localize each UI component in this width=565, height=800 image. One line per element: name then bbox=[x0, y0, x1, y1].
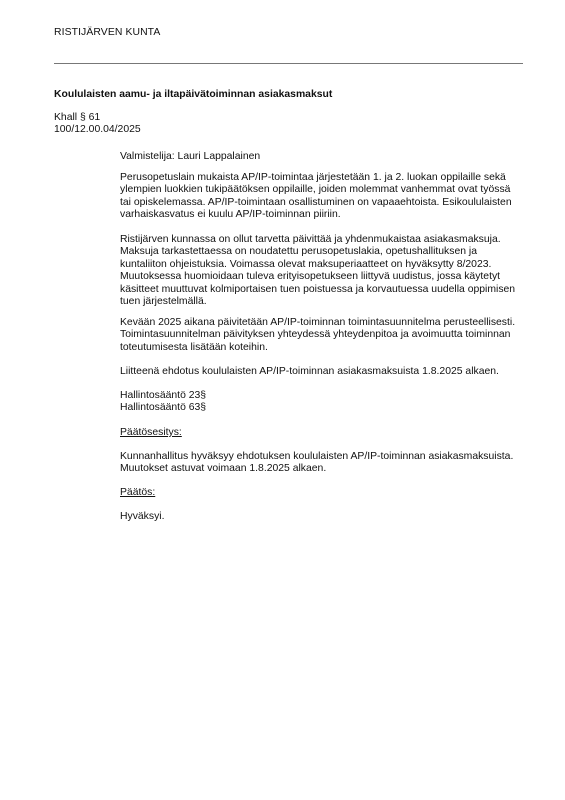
paragraph-2: Ristijärven kunnassa on ollut tarvetta p… bbox=[120, 234, 540, 308]
paragraph-line: varhaiskasvatus ei kuulu AP/IP-toiminnan… bbox=[120, 209, 540, 221]
paragraph-line: Toimintasuunnitelman päivityksen yhteyde… bbox=[120, 329, 540, 341]
regulation-reference: Hallintosääntö 23§ bbox=[120, 390, 540, 402]
proposal-line: Kunnanhallitus hyväksyy ehdotuksen koulu… bbox=[120, 451, 540, 463]
decision: Hyväksyi. bbox=[120, 511, 540, 523]
paragraph-line: tuen järjestelmällä. bbox=[120, 296, 540, 308]
header-separator bbox=[54, 63, 523, 64]
document-meta: Khall § 61 100/12.00.04/2025 bbox=[54, 112, 141, 137]
proposal-section-heading: Päätösesitys: bbox=[120, 427, 540, 439]
paragraph-line: Kevään 2025 aikana päivitetään AP/IP-toi… bbox=[120, 317, 540, 329]
preparer: Valmistelija: Lauri Lappalainen bbox=[120, 151, 540, 163]
regulation-references: Hallintosääntö 23§ Hallintosääntö 63§ bbox=[120, 390, 540, 415]
paragraph-line: Muutoksessa huomioidaan tuleva erityisop… bbox=[120, 271, 540, 283]
decision-heading: Päätös: bbox=[120, 487, 540, 499]
record-number: 100/12.00.04/2025 bbox=[54, 124, 141, 136]
paragraph-line: käsitteet muuttuvat kolmiportaisen tuen … bbox=[120, 284, 540, 296]
decision-text: Hyväksyi. bbox=[120, 511, 540, 523]
proposal-text: Kunnanhallitus hyväksyy ehdotuksen koulu… bbox=[120, 451, 540, 476]
paragraph-line: Liitteenä ehdotus koululaisten AP/IP-toi… bbox=[120, 366, 540, 378]
attachment-note: Liitteenä ehdotus koululaisten AP/IP-toi… bbox=[120, 366, 540, 378]
paragraph-line: toteutumisesta lisätään koteihin. bbox=[120, 342, 540, 354]
paragraph-line: tai opiskelemassa. AP/IP-toimintaan osal… bbox=[120, 197, 540, 209]
preparer-line: Valmistelija: Lauri Lappalainen bbox=[120, 151, 540, 163]
paragraph-line: Perusopetuslain mukaista AP/IP-toimintaa… bbox=[120, 172, 540, 184]
paragraph-line: Ristijärven kunnassa on ollut tarvetta p… bbox=[120, 234, 540, 246]
proposal-line: Muutokset astuvat voimaan 1.8.2025 alkae… bbox=[120, 463, 540, 475]
proposal-heading: Päätösesitys: bbox=[120, 427, 540, 439]
organization-name: RISTIJÄRVEN KUNTA bbox=[54, 27, 160, 39]
decision-section-heading: Päätös: bbox=[120, 487, 540, 499]
regulation-reference: Hallintosääntö 63§ bbox=[120, 402, 540, 414]
meeting-reference: Khall § 61 bbox=[54, 112, 141, 124]
paragraph-1: Perusopetuslain mukaista AP/IP-toimintaa… bbox=[120, 172, 540, 222]
paragraph-line: ylempien luokkien tukipäätöksen oppilail… bbox=[120, 184, 540, 196]
paragraph-3: Kevään 2025 aikana päivitetään AP/IP-toi… bbox=[120, 317, 540, 354]
document-title: Koululaisten aamu- ja iltapäivätoiminnan… bbox=[54, 89, 332, 101]
paragraph-line: Maksuja tarkastettaessa on noudatettu pe… bbox=[120, 246, 540, 258]
paragraph-line: kuntaliiton ohjeistuksia. Voimassa oleva… bbox=[120, 259, 540, 271]
